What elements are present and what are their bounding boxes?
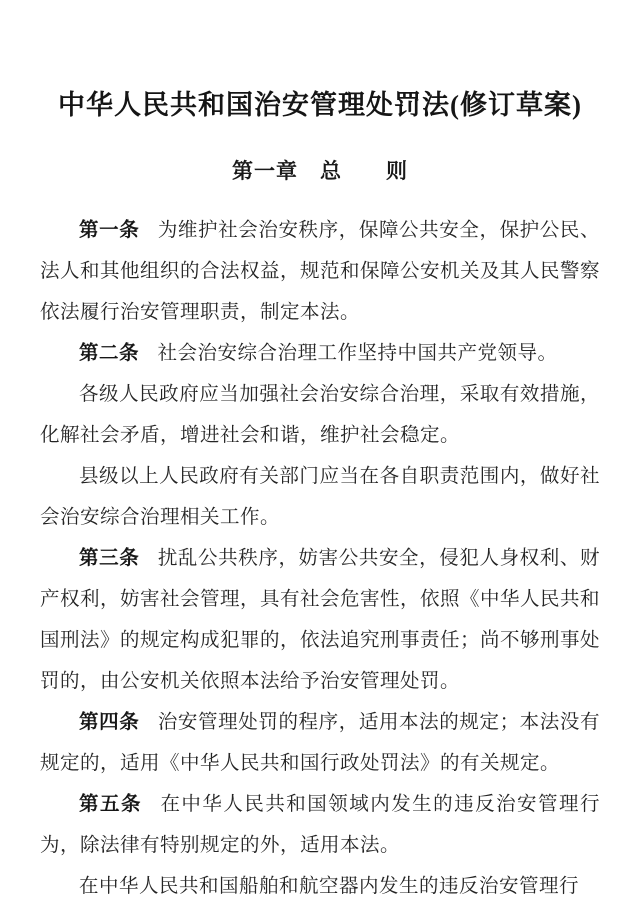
article-2-number: 第二条: [79, 342, 139, 364]
article-4-number: 第四条: [79, 711, 139, 733]
article-2-paragraph: 第二条社会治安综合治理工作坚持中国共产党领导。: [40, 333, 600, 374]
document-title: 中华人民共和国治安管理处罚法(修订草案): [0, 0, 640, 123]
article-5-number: 第五条: [79, 793, 142, 815]
document-page: 中华人民共和国治安管理处罚法(修订草案) 第一章 总 则 第一条为维护社会治安秩…: [0, 0, 640, 900]
article-2-paragraph-2: 各级人民政府应当加强社会治安综合治理，采取有效措施，化解社会矛盾，增进社会和谐，…: [40, 374, 600, 456]
article-3-paragraph: 第三条扰乱公共秩序，妨害公共安全，侵犯人身权利、财产权利，妨害社会管理，具有社会…: [40, 538, 600, 702]
article-1-paragraph: 第一条为维护社会治安秩序，保障公共安全，保护公民、法人和其他组织的合法权益，规范…: [40, 210, 600, 333]
chapter-heading: 第一章 总 则: [0, 155, 640, 185]
article-1-number: 第一条: [79, 219, 139, 241]
article-2-paragraph-3: 县级以上人民政府有关部门应当在各自职责范围内，做好社会治安综合治理相关工作。: [40, 456, 600, 538]
article-3-text: 扰乱公共秩序，妨害公共安全，侵犯人身权利、财产权利，妨害社会管理，具有社会危害性…: [40, 548, 600, 692]
article-5-paragraph-2: 在中华人民共和国船舶和航空器内发生的违反治安管理行: [40, 866, 600, 900]
article-5-paragraph: 第五条在中华人民共和国领域内发生的违反治安管理行为，除法律有特别规定的外，适用本…: [40, 784, 600, 866]
article-3-number: 第三条: [79, 547, 139, 569]
article-5-paragraph-2-text: 在中华人民共和国船舶和航空器内发生的违反治安管理行: [79, 876, 579, 897]
article-2-text: 社会治安综合治理工作坚持中国共产党领导。: [158, 343, 558, 364]
document-body: 第一条为维护社会治安秩序，保障公共安全，保护公民、法人和其他组织的合法权益，规范…: [40, 210, 600, 900]
article-4-paragraph: 第四条治安管理处罚的程序，适用本法的规定；本法没有规定的，适用《中华人民共和国行…: [40, 702, 600, 784]
article-2-paragraph-3-text: 县级以上人民政府有关部门应当在各自职责范围内，做好社会治安综合治理相关工作。: [40, 466, 600, 528]
article-2-paragraph-2-text: 各级人民政府应当加强社会治安综合治理，采取有效措施，化解社会矛盾，增进社会和谐，…: [40, 384, 600, 446]
